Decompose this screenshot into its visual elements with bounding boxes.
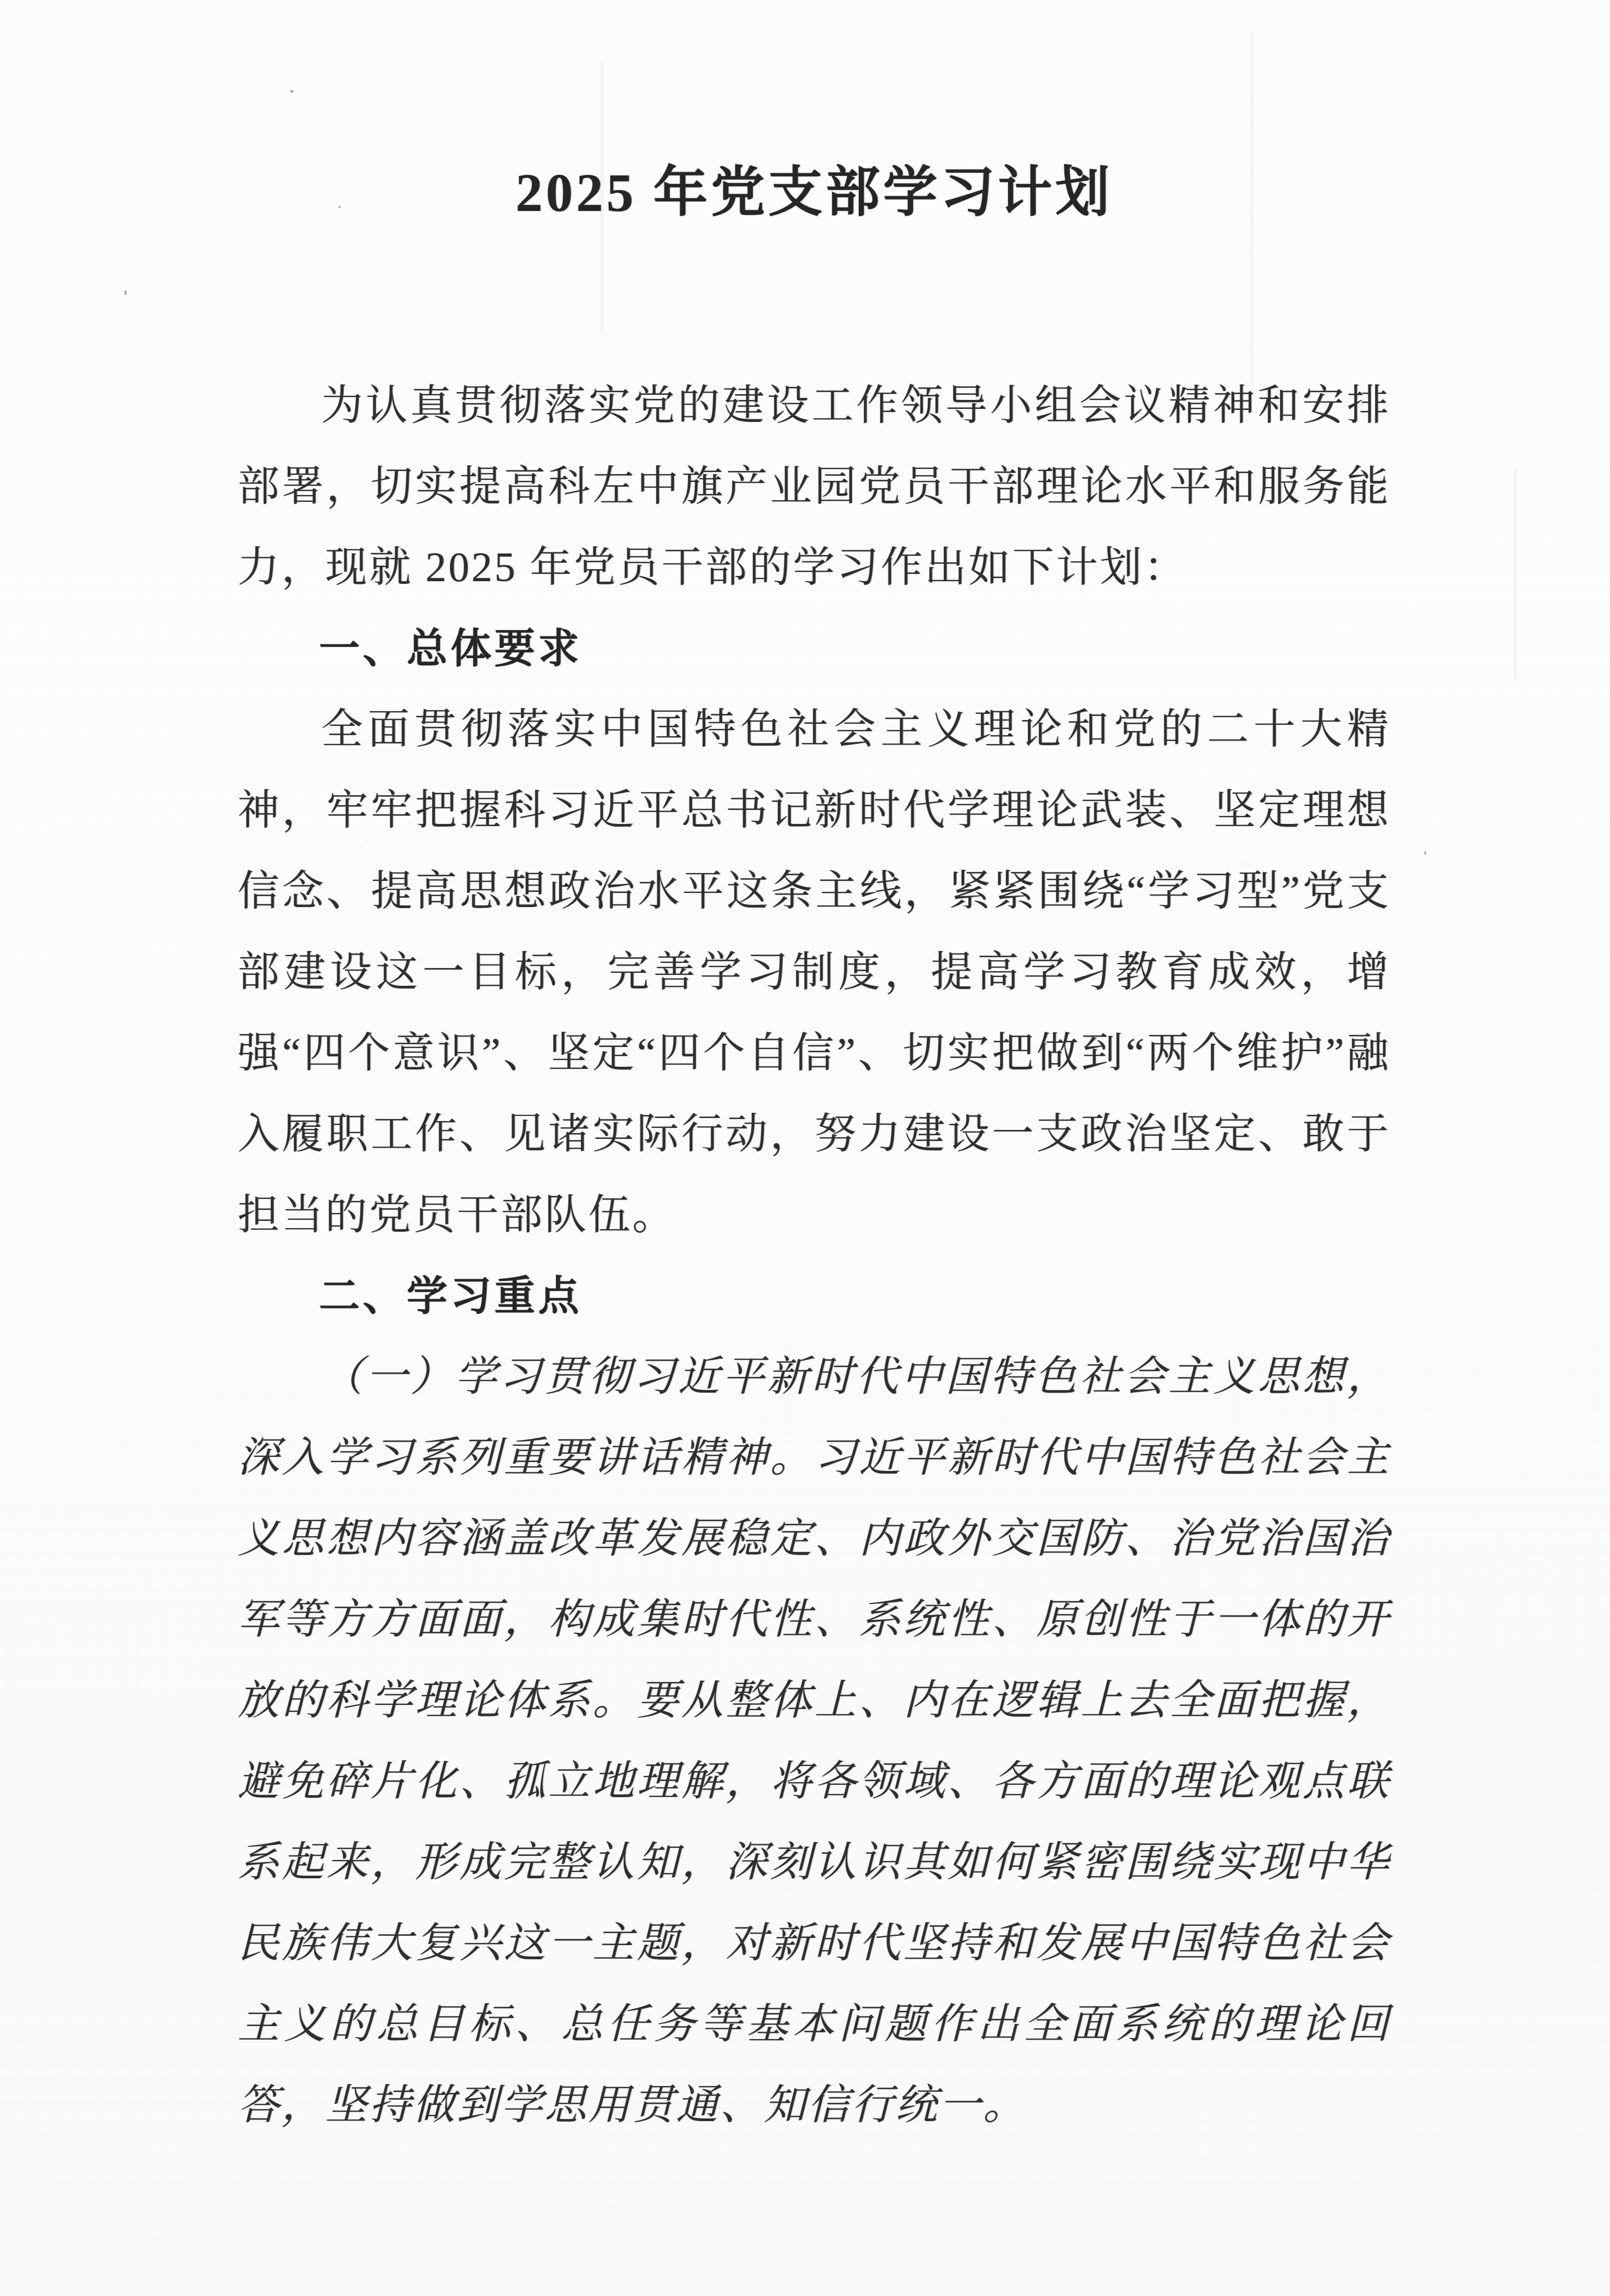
section-2-heading: 二、学习重点 <box>238 1256 1391 1337</box>
document-title: 2025 年党支部学习计划 <box>238 157 1391 230</box>
scanned-document-page: 2025 年党支部学习计划 为认真贯彻落实党的建设工作领导小组会议精神和安排部署… <box>0 0 1610 2296</box>
section-1-body: 全面贯彻落实中国特色社会主义理论和党的二十大精神，牢牢把握科习近平总书记新时代学… <box>238 689 1391 1256</box>
document-body: 2025 年党支部学习计划 为认真贯彻落实党的建设工作领导小组会议精神和安排部署… <box>0 0 1610 2146</box>
section-2-body: （一）学习贯彻习近平新时代中国特色社会主义思想，深入学习系列重要讲话精神。习近平… <box>238 1337 1391 2146</box>
intro-paragraph: 为认真贯彻落实党的建设工作领导小组会议精神和安排部署，切实提高科左中旗产业园党员… <box>238 366 1391 608</box>
section-1-heading: 一、总体要求 <box>238 608 1391 689</box>
